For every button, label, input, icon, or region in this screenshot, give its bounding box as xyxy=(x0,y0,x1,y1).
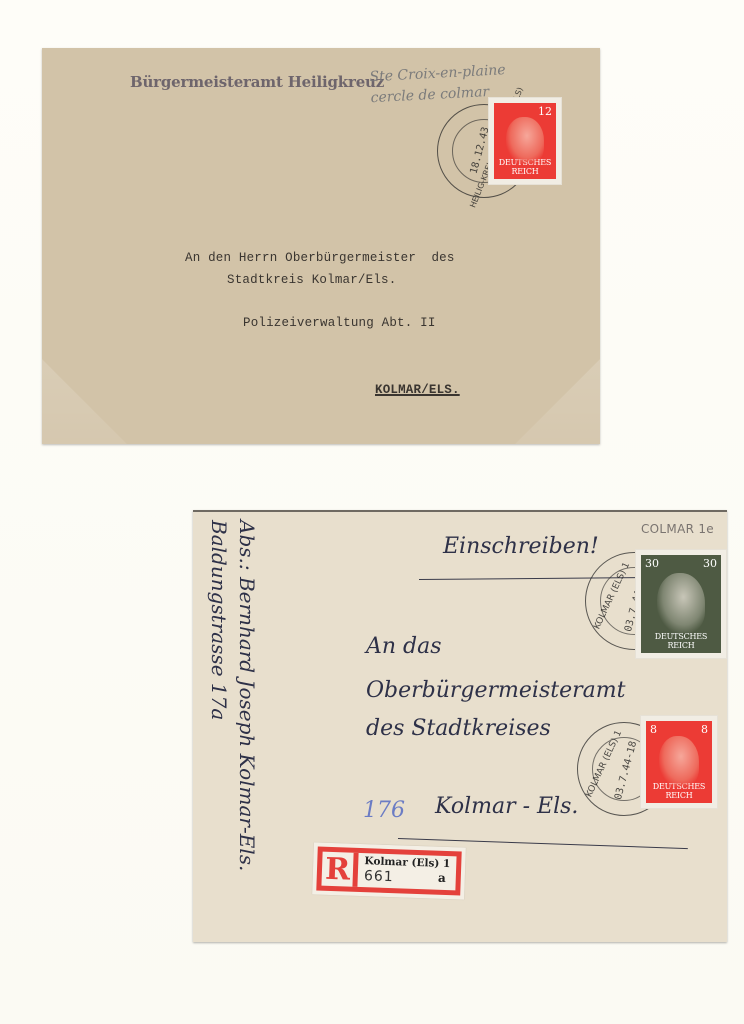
portrait-icon xyxy=(506,117,543,164)
stamp-inscription: DEUTSCHES REICH xyxy=(641,632,721,653)
stamp-8-pf: 88 DEUTSCHES REICH xyxy=(641,716,717,808)
address-line-2: Oberbürgermeisteramt xyxy=(366,678,625,703)
stamp-value-left: 30 xyxy=(645,557,659,570)
registration-frame: R Kolmar (Els) 1 661 a xyxy=(316,847,461,896)
cover-kolmar-registered: COLMAR 1e Einschreiben! Abs.: Bernhard J… xyxy=(193,510,727,942)
stamp-value-left: 8 xyxy=(650,723,657,736)
corner-pencil-note: COLMAR 1e xyxy=(641,522,714,536)
address-line-1: An den Herrn Oberbürgermeister des xyxy=(185,251,455,265)
sender-address-vertical: Abs.: Bernhard Joseph Kolmar-Els. Baldun… xyxy=(197,520,297,930)
sender-line-1: Abs.: Bernhard Joseph Kolmar-Els. xyxy=(235,520,259,871)
stamp-face: 12 DEUTSCHES REICH xyxy=(494,103,556,179)
registration-suffix: a xyxy=(438,871,450,887)
portrait-icon xyxy=(659,736,699,787)
registration-info: Kolmar (Els) 1 661 a xyxy=(358,853,457,890)
stamp-value-right: 30 xyxy=(703,557,717,570)
portrait-icon xyxy=(657,573,705,634)
album-page: Bürgermeisteramt Heiligkreuz Ste Croix-e… xyxy=(0,0,744,1024)
stamp-face: 88 DEUTSCHES REICH xyxy=(646,721,712,803)
address-line-1: An das xyxy=(366,634,442,659)
stamp-value-right: 8 xyxy=(701,723,708,736)
stamp-12-pf: 12 DEUTSCHES REICH xyxy=(489,98,561,184)
stamp-value: 12 xyxy=(538,105,552,118)
address-city: Kolmar - Els. xyxy=(435,794,578,819)
registration-r-icon: R xyxy=(321,852,358,887)
stamp-face: 3030 DEUTSCHES REICH xyxy=(641,555,721,653)
address-line-3: des Stadtkreises xyxy=(366,716,551,741)
registration-number: 661 xyxy=(364,868,394,885)
address-line-3: Polizeiverwaltung Abt. II xyxy=(243,316,436,330)
sender-line-2: Baldungstrasse 17a xyxy=(207,520,231,720)
stamp-30-pf: 3030 DEUTSCHES REICH xyxy=(636,550,726,658)
address-city: KOLMAR/ELS. xyxy=(375,383,460,397)
sender-handstamp: Bürgermeisteramt Heiligkreuz xyxy=(130,73,384,91)
cover-heiligkreuz: Bürgermeisteramt Heiligkreuz Ste Croix-e… xyxy=(42,48,600,444)
blue-pencil-number: 176 xyxy=(363,798,405,823)
registration-label: R Kolmar (Els) 1 661 a xyxy=(312,842,466,899)
handwritten-einschreiben: Einschreiben! xyxy=(443,534,599,559)
address-line-2: Stadtkreis Kolmar/Els. xyxy=(227,273,396,287)
